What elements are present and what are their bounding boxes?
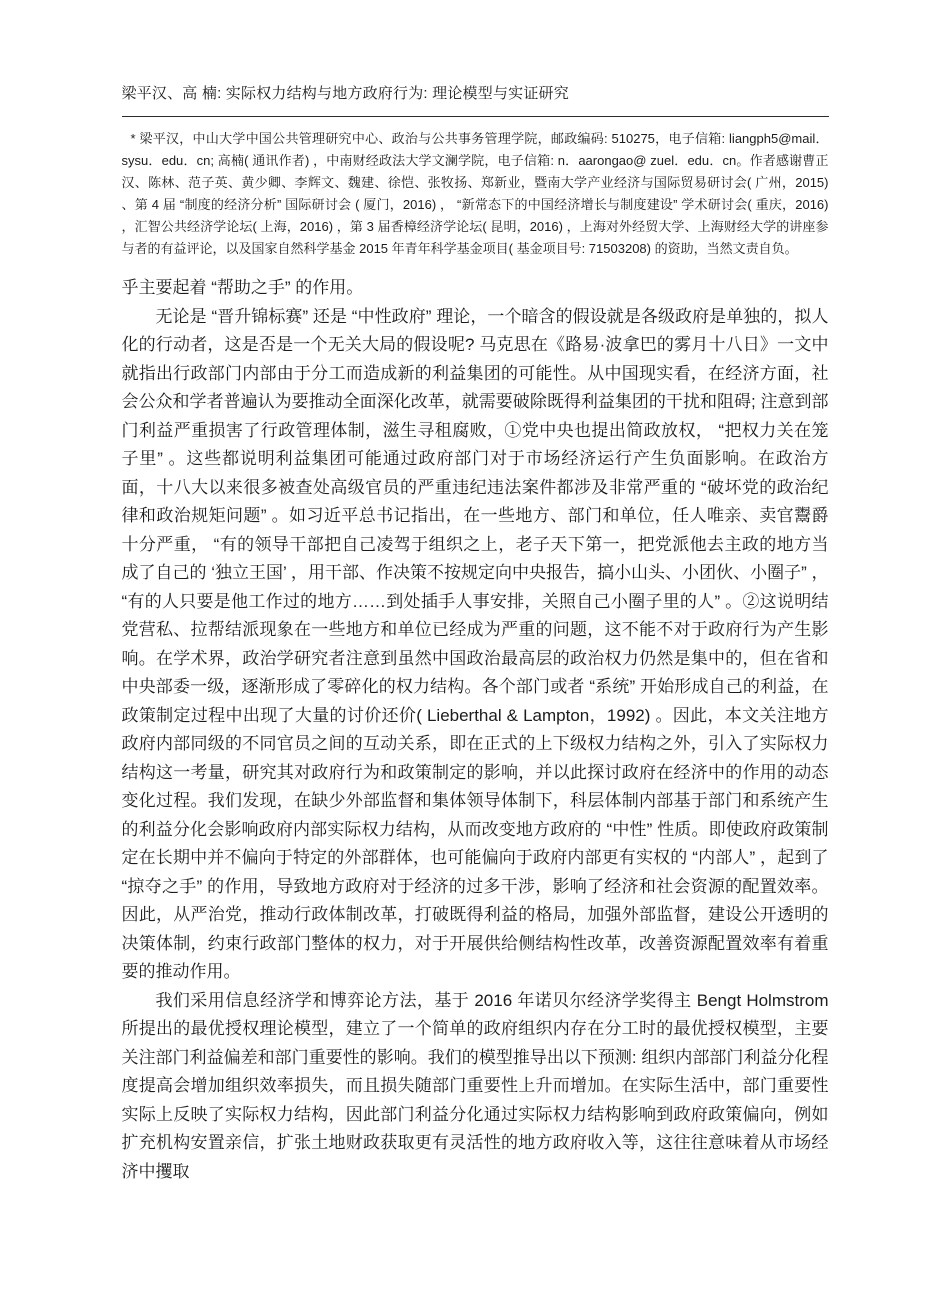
page-content: 梁平汉、高 楠: 实际权力结构与地方政府行为: 理论模型与实证研究 * 梁平汉，… (122, 0, 829, 1186)
paragraph-intro: 无论是 “晋升锦标赛” 还是 “中性政府” 理论，一个暗含的假设就是各级政府是单… (122, 303, 829, 987)
running-header: 梁平汉、高 楠: 实际权力结构与地方政府行为: 理论模型与实证研究 (122, 84, 829, 104)
paragraph-continuation: 乎主要起着 “帮助之手” 的作用。 (122, 274, 829, 303)
author-footnote: * 梁平汉，中山大学中国公共管理研究中心、政治与公共事务管理学院，邮政编码: 5… (122, 128, 829, 260)
paper-page: 梁平汉、高 楠: 实际权力结构与地方政府行为: 理论模型与实证研究 * 梁平汉，… (0, 0, 950, 1290)
header-rule-divider (122, 116, 829, 117)
body-text: 乎主要起着 “帮助之手” 的作用。 无论是 “晋升锦标赛” 还是 “中性政府” … (122, 274, 829, 1186)
paragraph-model: 我们采用信息经济学和博弈论方法，基于 2016 年诺贝尔经济学奖得主 Bengt… (122, 987, 829, 1187)
